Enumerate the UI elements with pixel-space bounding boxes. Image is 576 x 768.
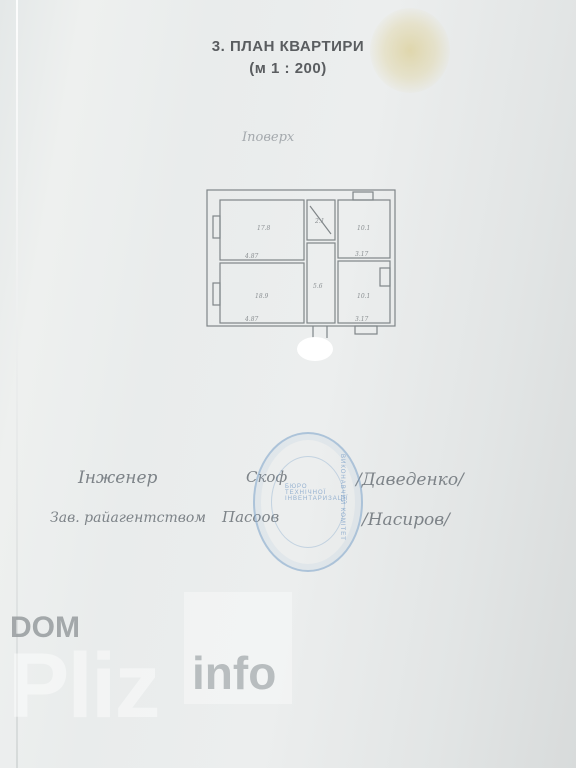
svg-text:4.87: 4.87 bbox=[244, 253, 259, 260]
room-label-4: 10.1 bbox=[357, 225, 370, 232]
redacted-mark bbox=[297, 337, 333, 361]
watermark-info: info bbox=[192, 646, 276, 700]
document-scale: (м 1 : 200) bbox=[0, 60, 576, 77]
document-title: 3. ПЛАН КВАРТИРИ bbox=[0, 38, 576, 55]
floor-label: Іповерх bbox=[242, 130, 294, 145]
room-label-3: 2.1 bbox=[314, 218, 325, 225]
room-label-1: 17.8 bbox=[257, 225, 271, 232]
svg-text:4.87: 4.87 bbox=[244, 316, 259, 323]
room-label-2: 18.9 bbox=[255, 293, 269, 300]
engineer-name: /Даведенко/ bbox=[356, 470, 464, 490]
watermark-pliz: Pliz bbox=[8, 640, 158, 732]
stamp-inner-ring bbox=[271, 456, 345, 548]
room-label-6: 10.1 bbox=[357, 293, 370, 300]
svg-text:3.17: 3.17 bbox=[355, 316, 369, 323]
official-stamp: БЮРО ТЕХНІЧНОЇ ІНВЕНТАРИЗАЦІЇ ВИКОНАВЧИЙ… bbox=[253, 432, 363, 572]
room-label-5: 5.6 bbox=[313, 283, 323, 290]
head-role: Зав. райагентством bbox=[50, 510, 206, 526]
stamp-inner-text: БЮРО ТЕХНІЧНОЇ ІНВЕНТАРИЗАЦІЇ bbox=[285, 484, 335, 502]
floor-plan: 17.8 2.1 10.1 18.9 5.6 10.1 4.87 4.87 3.… bbox=[205, 188, 397, 338]
head-name: /Насиров/ bbox=[362, 510, 450, 530]
svg-text:3.17: 3.17 bbox=[355, 251, 369, 258]
stamp-outer-text: ВИКОНАВЧИЙ КОМІТЕТ bbox=[339, 454, 345, 541]
engineer-role: Інженер bbox=[78, 468, 157, 488]
